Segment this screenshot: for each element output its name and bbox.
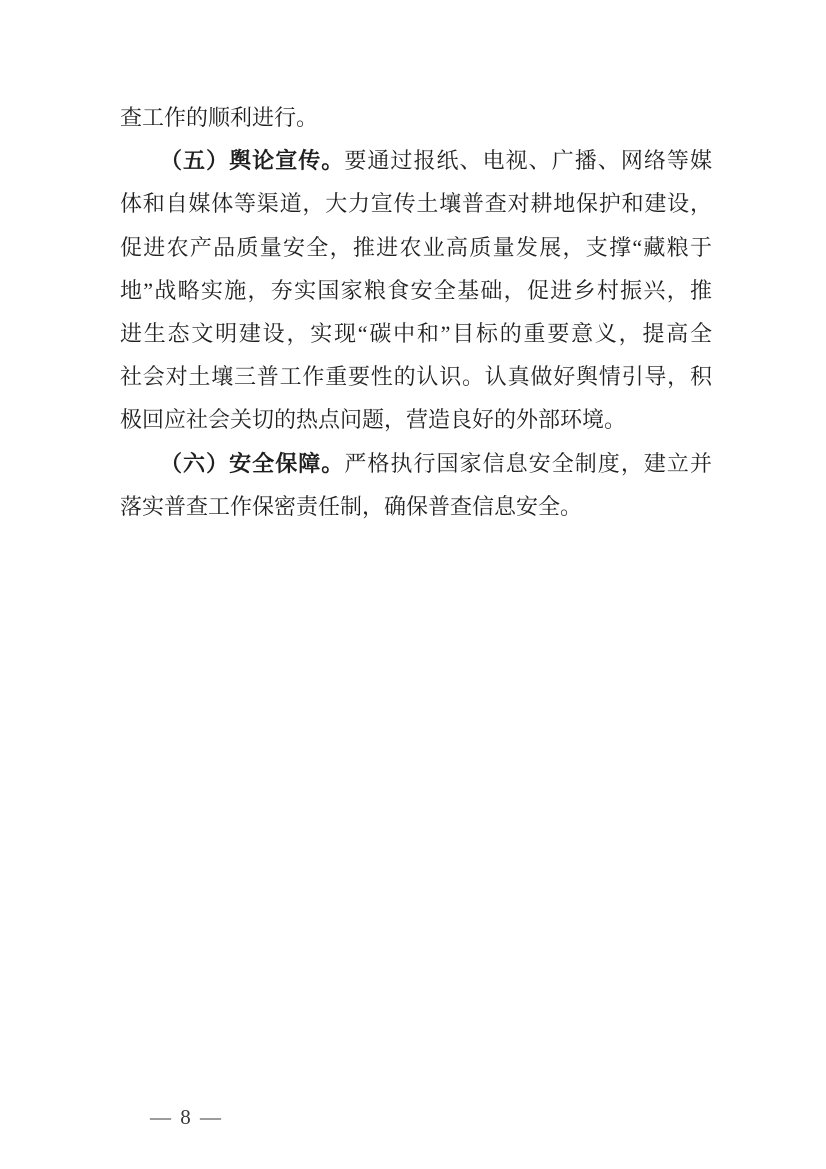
line-text: 落实普查工作保密责任制，确保普查信息安全。 <box>120 494 582 519</box>
line-text: 体和自媒体等渠道，大力宣传土壤普查对耕地保护和建设， <box>120 191 712 216</box>
text-line: （五）舆论宣传。要通过报纸、电视、广播、网络等媒 <box>120 139 712 182</box>
line-text: 社会对土壤三普工作重要性的认识。认真做好舆情引导，积 <box>120 364 712 389</box>
text-line: 进生态文明建设，实现“碳中和”目标的重要意义，提高全 <box>120 312 712 355</box>
page-number: — 8 — <box>150 1096 223 1139</box>
line-text: 极回应社会关切的热点问题，营造良好的外部环境。 <box>120 407 626 432</box>
document-body: 查工作的顺利进行。 （五）舆论宣传。要通过报纸、电视、广播、网络等媒 体和自媒体… <box>120 96 712 528</box>
text-line: 极回应社会关切的热点问题，营造良好的外部环境。 <box>120 398 712 441</box>
line-text: 地”战略实施，夯实国家粮食安全基础，促进乡村振兴，推 <box>120 278 712 303</box>
line-text: 严格执行国家信息安全制度，建立并 <box>344 451 712 476</box>
paragraph-heading: （五）舆论宣传。 <box>160 148 344 173</box>
document-page: 查工作的顺利进行。 （五）舆论宣传。要通过报纸、电视、广播、网络等媒 体和自媒体… <box>0 0 826 1169</box>
text-line: 社会对土壤三普工作重要性的认识。认真做好舆情引导，积 <box>120 355 712 398</box>
text-line: 促进农产品质量安全，推进农业高质量发展，支撑“藏粮于 <box>120 226 712 269</box>
line-text: 促进农产品质量安全，推进农业高质量发展，支撑“藏粮于 <box>120 235 712 260</box>
paragraph-heading: （六）安全保障。 <box>160 451 344 476</box>
line-text: 进生态文明建设，实现“碳中和”目标的重要意义，提高全 <box>120 321 712 346</box>
text-line: 落实普查工作保密责任制，确保普查信息安全。 <box>120 485 712 528</box>
line-text: 查工作的顺利进行。 <box>120 105 318 130</box>
line-text: 要通过报纸、电视、广播、网络等媒 <box>344 148 712 173</box>
text-line: 查工作的顺利进行。 <box>120 96 712 139</box>
text-line: 地”战略实施，夯实国家粮食安全基础，促进乡村振兴，推 <box>120 269 712 312</box>
text-line: 体和自媒体等渠道，大力宣传土壤普查对耕地保护和建设， <box>120 182 712 225</box>
text-line: （六）安全保障。严格执行国家信息安全制度，建立并 <box>120 442 712 485</box>
